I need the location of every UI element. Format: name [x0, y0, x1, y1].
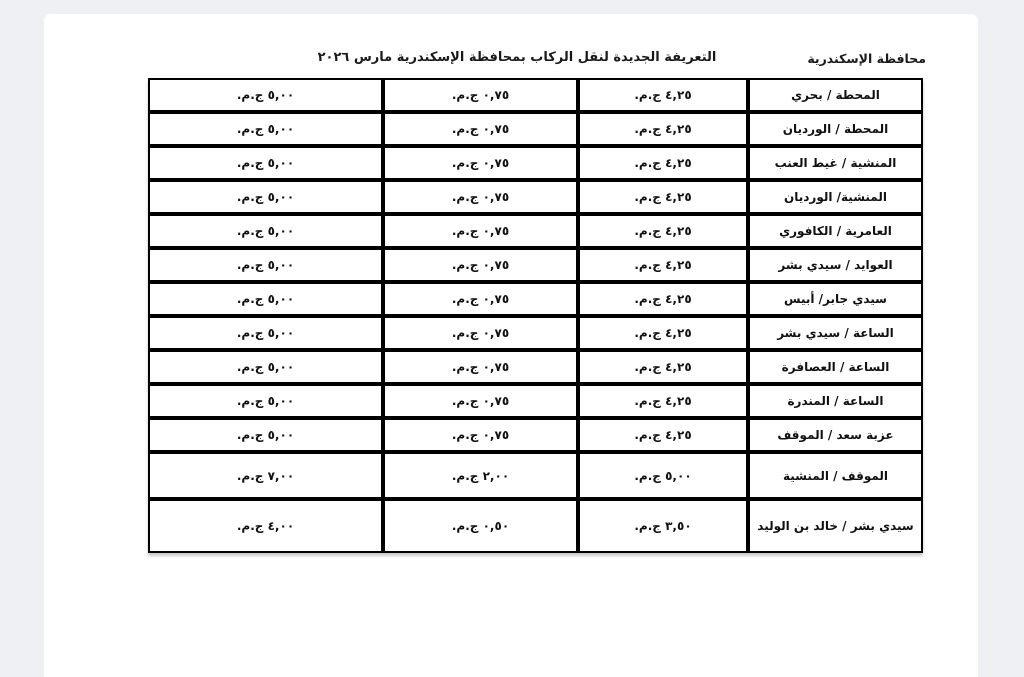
table-row: المحطة / الورديان٤,٢٥ ج.م.٠,٧٥ ج.م.٥,٠٠ …: [148, 112, 923, 146]
table-row: سيدي بشر / خالد بن الوليد٣,٥٠ ج.م.٠,٥٠ ج…: [148, 499, 923, 553]
fare-cell: ٠,٧٥ ج.م.: [383, 316, 578, 350]
fare-cell: ٥,٠٠ ج.م.: [148, 248, 383, 282]
fare-cell: ٠,٧٥ ج.م.: [383, 418, 578, 452]
image-viewer-background: محافظة الإسكندرية التعريفة الجديدة لنقل …: [0, 0, 1024, 677]
fare-cell: ٥,٠٠ ج.م.: [148, 282, 383, 316]
fare-table: المحطة / بحري٤,٢٥ ج.م.٠,٧٥ ج.م.٥,٠٠ ج.م.…: [148, 78, 923, 553]
fare-cell: ٠,٧٥ ج.م.: [383, 214, 578, 248]
fare-cell: ٤,٢٥ ج.م.: [578, 282, 748, 316]
fare-cell: ٤,٢٥ ج.م.: [578, 248, 748, 282]
fare-cell: ٥,٠٠ ج.م.: [578, 452, 748, 499]
table-row: العامرية / الكافوري٤,٢٥ ج.م.٠,٧٥ ج.م.٥,٠…: [148, 214, 923, 248]
document-page: محافظة الإسكندرية التعريفة الجديدة لنقل …: [44, 14, 978, 677]
fare-cell: ٠,٧٥ ج.م.: [383, 112, 578, 146]
route-cell: الساعة / المندرة: [748, 384, 923, 418]
route-cell: الموقف / المنشية: [748, 452, 923, 499]
table-row: المنشية / غيط العنب٤,٢٥ ج.م.٠,٧٥ ج.م.٥,٠…: [148, 146, 923, 180]
fare-cell: ٥,٠٠ ج.م.: [148, 384, 383, 418]
fare-cell: ٠,٧٥ ج.م.: [383, 146, 578, 180]
route-cell: المحطة / الورديان: [748, 112, 923, 146]
route-cell: المنشية/ الورديان: [748, 180, 923, 214]
route-cell: المنشية / غيط العنب: [748, 146, 923, 180]
fare-cell: ٠,٧٥ ج.م.: [383, 384, 578, 418]
fare-cell: ٥,٠٠ ج.م.: [148, 350, 383, 384]
fare-cell: ٠,٧٥ ج.م.: [383, 78, 578, 112]
route-cell: سيدي جابر/ أبيس: [748, 282, 923, 316]
fare-cell: ٠,٧٥ ج.م.: [383, 248, 578, 282]
table-row: المحطة / بحري٤,٢٥ ج.م.٠,٧٥ ج.م.٥,٠٠ ج.م.: [148, 78, 923, 112]
fare-cell: ٤,٢٥ ج.م.: [578, 214, 748, 248]
fare-cell: ٤,٢٥ ج.م.: [578, 418, 748, 452]
fare-cell: ٤,٢٥ ج.م.: [578, 350, 748, 384]
route-cell: العوايد / سيدي بشر: [748, 248, 923, 282]
route-cell: الساعة / سيدي بشر: [748, 316, 923, 350]
fare-cell: ٤,٢٥ ج.م.: [578, 316, 748, 350]
document-header: محافظة الإسكندرية التعريفة الجديدة لنقل …: [44, 14, 978, 76]
table-row: الموقف / المنشية٥,٠٠ ج.م.٢,٠٠ ج.م.٧,٠٠ ج…: [148, 452, 923, 499]
fare-cell: ٢,٠٠ ج.م.: [383, 452, 578, 499]
table-row: العوايد / سيدي بشر٤,٢٥ ج.م.٠,٧٥ ج.م.٥,٠٠…: [148, 248, 923, 282]
route-cell: عزبة سعد / الموقف: [748, 418, 923, 452]
fare-cell: ٤,٢٥ ج.م.: [578, 78, 748, 112]
table-row: سيدي جابر/ أبيس٤,٢٥ ج.م.٠,٧٥ ج.م.٥,٠٠ ج.…: [148, 282, 923, 316]
fare-cell: ٥,٠٠ ج.م.: [148, 214, 383, 248]
fare-cell: ٠,٧٥ ج.م.: [383, 350, 578, 384]
document-title: التعريفة الجديدة لنقل الركاب بمحافظة الإ…: [50, 50, 984, 65]
fare-cell: ٤,٢٥ ج.م.: [578, 146, 748, 180]
table-row: المنشية/ الورديان٤,٢٥ ج.م.٠,٧٥ ج.م.٥,٠٠ …: [148, 180, 923, 214]
fare-cell: ٤,٢٥ ج.م.: [578, 180, 748, 214]
fare-cell: ٥,٠٠ ج.م.: [148, 180, 383, 214]
fare-cell: ٧,٠٠ ج.م.: [148, 452, 383, 499]
fare-cell: ٥,٠٠ ج.م.: [148, 146, 383, 180]
fare-cell: ٠,٧٥ ج.م.: [383, 282, 578, 316]
table-row: عزبة سعد / الموقف٤,٢٥ ج.م.٠,٧٥ ج.م.٥,٠٠ …: [148, 418, 923, 452]
route-cell: سيدي بشر / خالد بن الوليد: [748, 499, 923, 553]
table-row: الساعة / سيدي بشر٤,٢٥ ج.م.٠,٧٥ ج.م.٥,٠٠ …: [148, 316, 923, 350]
route-cell: العامرية / الكافوري: [748, 214, 923, 248]
fare-cell: ٥,٠٠ ج.م.: [148, 112, 383, 146]
fare-cell: ٠,٧٥ ج.م.: [383, 180, 578, 214]
table-row: الساعة / المندرة٤,٢٥ ج.م.٠,٧٥ ج.م.٥,٠٠ ج…: [148, 384, 923, 418]
fare-table-body: المحطة / بحري٤,٢٥ ج.م.٠,٧٥ ج.م.٥,٠٠ ج.م.…: [148, 78, 923, 553]
fare-cell: ٤,٢٥ ج.م.: [578, 112, 748, 146]
route-cell: المحطة / بحري: [748, 78, 923, 112]
fare-cell: ٠,٥٠ ج.م.: [383, 499, 578, 553]
fare-cell: ٥,٠٠ ج.م.: [148, 78, 383, 112]
fare-cell: ٥,٠٠ ج.م.: [148, 418, 383, 452]
fare-cell: ٤,٢٥ ج.م.: [578, 384, 748, 418]
fare-cell: ٥,٠٠ ج.م.: [148, 316, 383, 350]
fare-cell: ٣,٥٠ ج.م.: [578, 499, 748, 553]
table-row: الساعة / العصافرة٤,٢٥ ج.م.٠,٧٥ ج.م.٥,٠٠ …: [148, 350, 923, 384]
route-cell: الساعة / العصافرة: [748, 350, 923, 384]
fare-cell: ٤,٠٠ ج.م.: [148, 499, 383, 553]
